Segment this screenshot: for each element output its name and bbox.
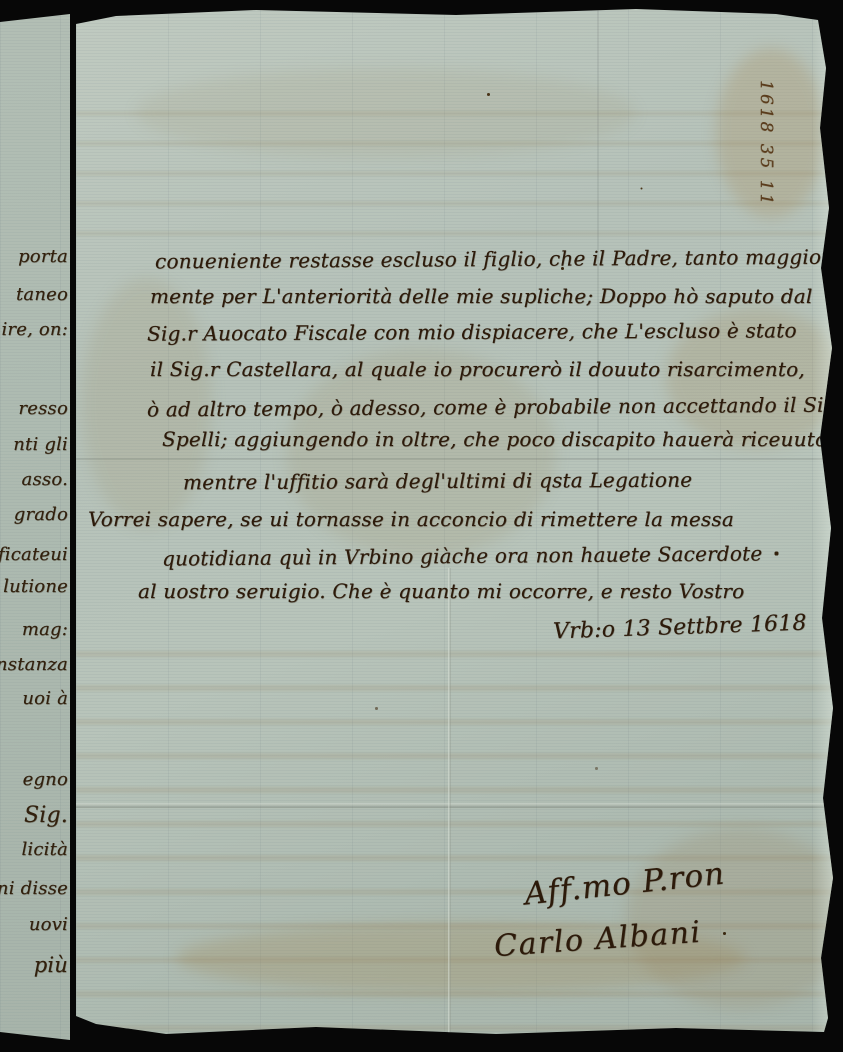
ink-showthrough — [76, 86, 836, 236]
letter-line: Vorrei sapere, se ui tornasse in acconci… — [88, 507, 734, 531]
left-page-text-fragment: licità — [21, 839, 68, 860]
torn-edge-highlight — [812, 8, 834, 1038]
left-page-text-fragment: ni disse — [0, 878, 68, 899]
letter-line: quotidiana quì in Vrbino giàche ora non … — [162, 541, 763, 570]
photograph-background: porta taneo ire, on: resso nti gli asso.… — [0, 0, 843, 1052]
left-page-text-fragment: nti gli — [13, 434, 68, 455]
letter-line: mentre l'uffitio sarà degl'ultimi di qst… — [183, 468, 692, 495]
left-page-text-fragment: grado — [14, 504, 68, 525]
letter-line: conueniente restasse escluso il figlio, … — [155, 245, 843, 274]
fold-crease-horizontal — [76, 803, 836, 808]
left-page-text-fragment: asso. — [22, 469, 68, 490]
letter-line: il Sig.r Castellara, al quale io procure… — [150, 357, 805, 381]
left-page-text-fragment: ficateui — [0, 544, 68, 565]
left-page-text-fragment: porta — [18, 246, 68, 267]
left-page-text-fragment: resso — [18, 398, 68, 419]
left-page-text-fragment: taneo — [16, 284, 68, 305]
letter-line: al uostro seruigio. Che è quanto mi occo… — [138, 579, 744, 603]
left-page-text-fragment: più — [34, 953, 68, 977]
ink-specks — [76, 8, 77, 9]
facing-page-edge: porta taneo ire, on: resso nti gli asso.… — [0, 14, 70, 1040]
left-page-text-fragment: instanza — [0, 654, 68, 675]
letter-line: ò ad altro tempo, ò adesso, come è proba… — [147, 393, 843, 422]
archival-number: 1618 35 11 — [756, 80, 776, 207]
letter-line: mente per L'anteriorità delle mie suplic… — [150, 284, 813, 308]
ink-showthrough — [76, 636, 836, 1031]
left-page-text-fragment: lutione — [3, 576, 68, 597]
letter-line: Sig.r Auocato Fiscale con mio dispiacere… — [147, 318, 797, 345]
letter-line: Spelli; aggiungendo in oltre, che poco d… — [162, 427, 834, 451]
left-page-text-fragment: uovi — [29, 914, 68, 935]
left-page-text-fragment: egno — [23, 769, 68, 790]
left-page-text-fragment: Sig. — [24, 803, 68, 828]
left-page-text-fragment: mag: — [22, 619, 68, 640]
letter-page: 1618 35 11 conueniente restasse escluso … — [76, 8, 836, 1038]
left-page-text-fragment: ire, on: — [1, 319, 68, 340]
fold-crease-vertical — [597, 8, 599, 628]
fold-crease-vertical — [448, 568, 451, 1038]
left-page-text-fragment: uoi à — [22, 688, 68, 709]
fold-crease-horizontal — [76, 458, 836, 460]
